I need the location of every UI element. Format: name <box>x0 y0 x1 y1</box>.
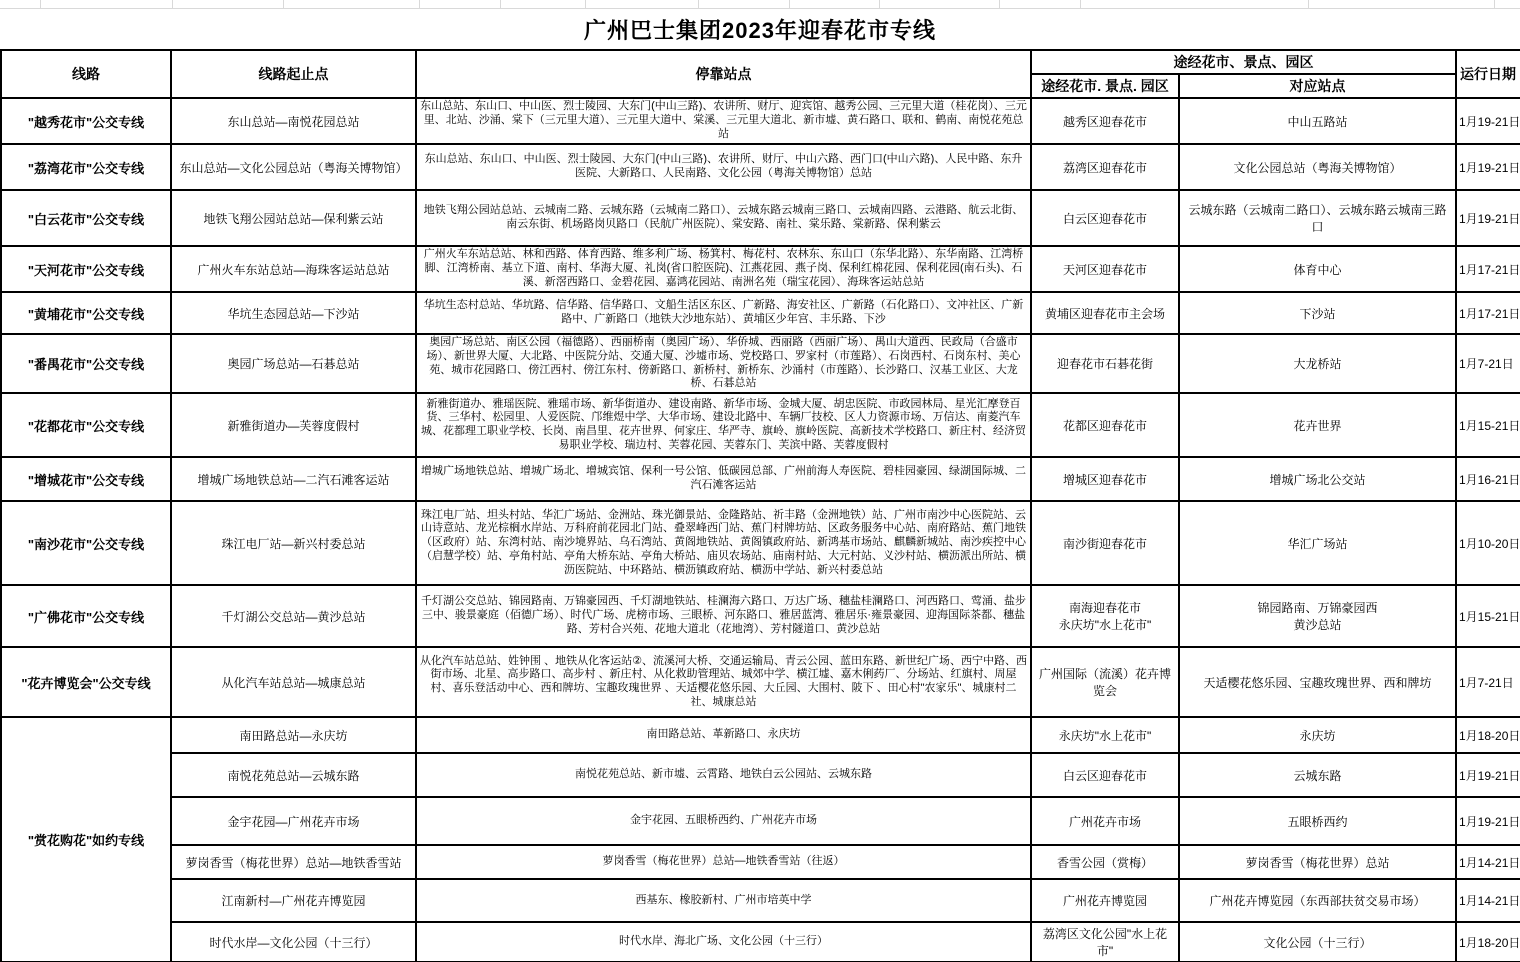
table-row: "荔湾花市"公交专线 东山总站—文化公园总站（粤海关博物馆） 东山总站、东山口、… <box>1 144 1520 190</box>
cell-line: "花都花市"公交专线 <box>1 393 171 457</box>
cell-dates: 1月7-21日 <box>1456 647 1520 717</box>
cell-via-stop: 广州花卉博览园（东西部扶贫交易市场） <box>1179 879 1456 922</box>
header-via-group: 途经花市、景点、园区 <box>1031 50 1456 74</box>
cell-via-stop: 文化公园（十三行） <box>1179 922 1456 962</box>
title-bar: 广州巴士集团2023年迎春花市专线 <box>0 9 1520 49</box>
page-title: 广州巴士集团2023年迎春花市专线 <box>584 14 936 45</box>
table-row: 萝岗香雪（梅花世界）总站—地铁香雪站 萝岗香雪（梅花世界）总站—地铁香雪站（往返… <box>1 845 1520 879</box>
table-row: "增城花市"公交专线 增城广场地铁总站—二汽石滩客运站 增城广场地铁总站、增城广… <box>1 457 1520 501</box>
cell-via-stop: 体育中心 <box>1179 246 1456 292</box>
cell-endpoints: 奥园广场总站—石碁总站 <box>171 334 416 393</box>
cell-via: 南海迎春花市 永庆坊"水上花市" <box>1031 585 1179 647</box>
table-container: 线路 线路起止点 停靠站点 途经花市、景点、园区 运行日期 途经花市. 景点. … <box>0 49 1520 962</box>
cell-endpoints: 千灯湖公交总站—黄沙总站 <box>171 585 416 647</box>
cell-dates: 1月19-21日 <box>1456 144 1520 190</box>
cell-via: 永庆坊"水上花市" <box>1031 717 1179 753</box>
cell-endpoints: 江南新村—广州花卉博览园 <box>171 879 416 922</box>
cell-dates: 1月19-21日 <box>1456 753 1520 797</box>
cell-via-stop: 天适樱花悠乐园、宝趣玫瑰世界、西和牌坊 <box>1179 647 1456 717</box>
table-row: "越秀花市"公交专线 东山总站—南悦花园总站 东山总站、东山口、中山医、烈士陵园… <box>1 98 1520 144</box>
cell-endpoints: 南悦花苑总站—云城东路 <box>171 753 416 797</box>
cell-dates: 1月15-21日 <box>1456 393 1520 457</box>
cell-line: "荔湾花市"公交专线 <box>1 144 171 190</box>
cell-line: "花卉博览会"公交专线 <box>1 647 171 717</box>
cell-via: 香雪公园（赏梅） <box>1031 845 1179 879</box>
cell-stops: 南田路总站、革新路口、永庆坊 <box>416 717 1031 753</box>
cell-stops: 珠江电厂站、坦头村站、华汇广场站、金洲站、珠光御景站、金隆路站、祈丰路（金洲地铁… <box>416 501 1031 585</box>
cell-dates: 1月19-21日 <box>1456 190 1520 246</box>
cell-dates: 1月19-21日 <box>1456 98 1520 144</box>
cell-line: "番禺花市"公交专线 <box>1 334 171 393</box>
cell-dates: 1月18-20日 <box>1456 922 1520 962</box>
cell-stops: 金宇花园、五眼桥西约、广州花卉市场 <box>416 797 1031 845</box>
header-dates: 运行日期 <box>1456 50 1520 98</box>
table-row: 金宇花园—广州花卉市场 金宇花园、五眼桥西约、广州花卉市场 广州花卉市场 五眼桥… <box>1 797 1520 845</box>
cell-via-stop: 云城东路 <box>1179 753 1456 797</box>
header-via: 途经花市. 景点. 园区 <box>1031 74 1179 98</box>
cell-endpoints: 东山总站—文化公园总站（粤海关博物馆） <box>171 144 416 190</box>
cell-endpoints: 金宇花园—广州花卉市场 <box>171 797 416 845</box>
cell-endpoints: 华坑生态园总站—下沙站 <box>171 292 416 334</box>
table-row: "花都花市"公交专线 新雅街道办—芙蓉度假村 新雅街道办、雅瑶医院、雅瑶市场、新… <box>1 393 1520 457</box>
cell-endpoints: 南田路总站—永庆坊 <box>171 717 416 753</box>
cell-dates: 1月16-21日 <box>1456 457 1520 501</box>
cell-via: 广州国际（流溪）花卉博览会 <box>1031 647 1179 717</box>
flower-market-bus-table: 线路 线路起止点 停靠站点 途经花市、景点、园区 运行日期 途经花市. 景点. … <box>0 49 1520 962</box>
cell-via-stop: 云城东路（云城南二路口）、云城东路云城南三路口 <box>1179 190 1456 246</box>
cell-via: 花都区迎春花市 <box>1031 393 1179 457</box>
cell-endpoints: 东山总站—南悦花园总站 <box>171 98 416 144</box>
table-row: "花卉博览会"公交专线 从化汽车站总站—城康总站 从化汽车站总站、姓钟围 、地铁… <box>1 647 1520 717</box>
cell-dates: 1月17-21日 <box>1456 292 1520 334</box>
cell-via: 迎春花市石碁花街 <box>1031 334 1179 393</box>
cell-stops: 奥园广场总站、南区公园（福德路）、西丽桥南（奥园广场）、华侨城、西丽路（西丽广场… <box>416 334 1031 393</box>
header-line: 线路 <box>1 50 171 98</box>
cell-via-stop: 华汇广场站 <box>1179 501 1456 585</box>
cell-stops: 广州火车东站总站、林和西路、体育西路、维多利广场、杨箕村、梅花村、农林东、东山口… <box>416 246 1031 292</box>
cell-endpoints: 从化汽车站总站—城康总站 <box>171 647 416 717</box>
table-row: "广佛花市"公交专线 千灯湖公交总站—黄沙总站 千灯湖公交总站、锦园路南、万锦豪… <box>1 585 1520 647</box>
cell-via-stop: 永庆坊 <box>1179 717 1456 753</box>
table-row: "天河花市"公交专线 广州火车东站总站—海珠客运站总站 广州火车东站总站、林和西… <box>1 246 1520 292</box>
cell-via-stop: 大龙桥站 <box>1179 334 1456 393</box>
table-row: "赏花购花"如约专线 南田路总站—永庆坊 南田路总站、革新路口、永庆坊 永庆坊"… <box>1 717 1520 753</box>
cell-via-stop: 锦园路南、万锦豪园西 黄沙总站 <box>1179 585 1456 647</box>
cell-via-stop: 中山五路站 <box>1179 98 1456 144</box>
table-row: "番禺花市"公交专线 奥园广场总站—石碁总站 奥园广场总站、南区公园（福德路）、… <box>1 334 1520 393</box>
cell-dates: 1月14-21日 <box>1456 879 1520 922</box>
cell-stops: 东山总站、东山口、中山医、烈士陵园、大东门(中山三路)、农讲所、财厅、中山六路、… <box>416 144 1031 190</box>
cell-dates: 1月7-21日 <box>1456 334 1520 393</box>
cell-via: 南沙街迎春花市 <box>1031 501 1179 585</box>
cell-dates: 1月15-21日 <box>1456 585 1520 647</box>
cell-via: 天河区迎春花市 <box>1031 246 1179 292</box>
cell-line: "增城花市"公交专线 <box>1 457 171 501</box>
cell-dates: 1月10-20日 <box>1456 501 1520 585</box>
cell-endpoints: 萝岗香雪（梅花世界）总站—地铁香雪站 <box>171 845 416 879</box>
cell-stops: 萝岗香雪（梅花世界）总站—地铁香雪站（往返） <box>416 845 1031 879</box>
cell-stops: 西基东、橡胶新村、广州市培英中学 <box>416 879 1031 922</box>
cell-line: "南沙花市"公交专线 <box>1 501 171 585</box>
cell-endpoints: 新雅街道办—芙蓉度假村 <box>171 393 416 457</box>
cell-stops: 千灯湖公交总站、锦园路南、万锦豪园西、千灯湖地铁站、桂澜海六路口、万达广场、穗盐… <box>416 585 1031 647</box>
cell-via-stop: 增城广场北公交站 <box>1179 457 1456 501</box>
cell-dates: 1月14-21日 <box>1456 845 1520 879</box>
cell-dates: 1月18-20日 <box>1456 717 1520 753</box>
cell-via: 越秀区迎春花市 <box>1031 98 1179 144</box>
cell-via-stop: 五眼桥西约 <box>1179 797 1456 845</box>
header-row: 线路 线路起止点 停靠站点 途经花市、景点、园区 运行日期 <box>1 50 1520 74</box>
cell-via: 黄埔区迎春花市主会场 <box>1031 292 1179 334</box>
cell-endpoints: 珠江电厂站—新兴村委总站 <box>171 501 416 585</box>
cell-group-line: "赏花购花"如约专线 <box>1 717 171 962</box>
cell-via: 荔湾区文化公园"水上花市" <box>1031 922 1179 962</box>
header-via-stop: 对应站点 <box>1179 74 1456 98</box>
cell-via: 白云区迎春花市 <box>1031 753 1179 797</box>
table-row: "南沙花市"公交专线 珠江电厂站—新兴村委总站 珠江电厂站、坦头村站、华汇广场站… <box>1 501 1520 585</box>
cell-endpoints: 时代水岸—文化公园（十三行） <box>171 922 416 962</box>
cell-stops: 增城广场地铁总站、增城广场北、增城宾馆、保利一号公馆、低碳园总部、广州前海人寿医… <box>416 457 1031 501</box>
cell-stops: 时代水岸、海北广场、文化公园（十三行） <box>416 922 1031 962</box>
cell-stops: 新雅街道办、雅瑶医院、雅瑶市场、新华街道办、建设南路、新华市场、金城大厦、胡忠医… <box>416 393 1031 457</box>
cell-via: 白云区迎春花市 <box>1031 190 1179 246</box>
cell-dates: 1月17-21日 <box>1456 246 1520 292</box>
cell-stops: 华坑生态村总站、华坑路、信华路、信华路口、文船生活区东区、广新路、海安社区、广新… <box>416 292 1031 334</box>
cell-line: "白云花市"公交专线 <box>1 190 171 246</box>
cell-line: "黄埔花市"公交专线 <box>1 292 171 334</box>
table-row: 时代水岸—文化公园（十三行） 时代水岸、海北广场、文化公园（十三行） 荔湾区文化… <box>1 922 1520 962</box>
table-row: 江南新村—广州花卉博览园 西基东、橡胶新村、广州市培英中学 广州花卉博览园 广州… <box>1 879 1520 922</box>
cell-via: 荔湾区迎春花市 <box>1031 144 1179 190</box>
cell-via-stop: 花卉世界 <box>1179 393 1456 457</box>
cell-via-stop: 文化公园总站（粤海关博物馆） <box>1179 144 1456 190</box>
header-stops: 停靠站点 <box>416 50 1031 98</box>
table-row: "黄埔花市"公交专线 华坑生态园总站—下沙站 华坑生态村总站、华坑路、信华路、信… <box>1 292 1520 334</box>
cell-line: "广佛花市"公交专线 <box>1 585 171 647</box>
cell-stops: 地铁飞翔公园站总站、云城南二路、云城东路（云城南二路口）、云城东路云城南三路口、… <box>416 190 1031 246</box>
spreadsheet-gridline-strip-top <box>0 0 1520 9</box>
cell-stops: 南悦花苑总站、新市墟、云霄路、地铁白云公园站、云城东路 <box>416 753 1031 797</box>
cell-via: 广州花卉市场 <box>1031 797 1179 845</box>
header-endpoints: 线路起止点 <box>171 50 416 98</box>
cell-endpoints: 增城广场地铁总站—二汽石滩客运站 <box>171 457 416 501</box>
cell-stops: 从化汽车站总站、姓钟围 、地铁从化客运站②、流溪河大桥、交通运输局、青云公园、蓝… <box>416 647 1031 717</box>
cell-endpoints: 广州火车东站总站—海珠客运站总站 <box>171 246 416 292</box>
cell-line: "越秀花市"公交专线 <box>1 98 171 144</box>
cell-via-stop: 下沙站 <box>1179 292 1456 334</box>
cell-via: 增城区迎春花市 <box>1031 457 1179 501</box>
cell-endpoints: 地铁飞翔公园站总站—保利紫云站 <box>171 190 416 246</box>
cell-via-stop: 萝岗香雪（梅花世界）总站 <box>1179 845 1456 879</box>
cell-dates: 1月19-21日 <box>1456 797 1520 845</box>
cell-line: "天河花市"公交专线 <box>1 246 171 292</box>
cell-stops: 东山总站、东山口、中山医、烈士陵园、大东门(中山三路)、农讲所、财厅、迎宾馆、越… <box>416 98 1031 144</box>
table-row: 南悦花苑总站—云城东路 南悦花苑总站、新市墟、云霄路、地铁白云公园站、云城东路 … <box>1 753 1520 797</box>
cell-via: 广州花卉博览园 <box>1031 879 1179 922</box>
table-row: "白云花市"公交专线 地铁飞翔公园站总站—保利紫云站 地铁飞翔公园站总站、云城南… <box>1 190 1520 246</box>
